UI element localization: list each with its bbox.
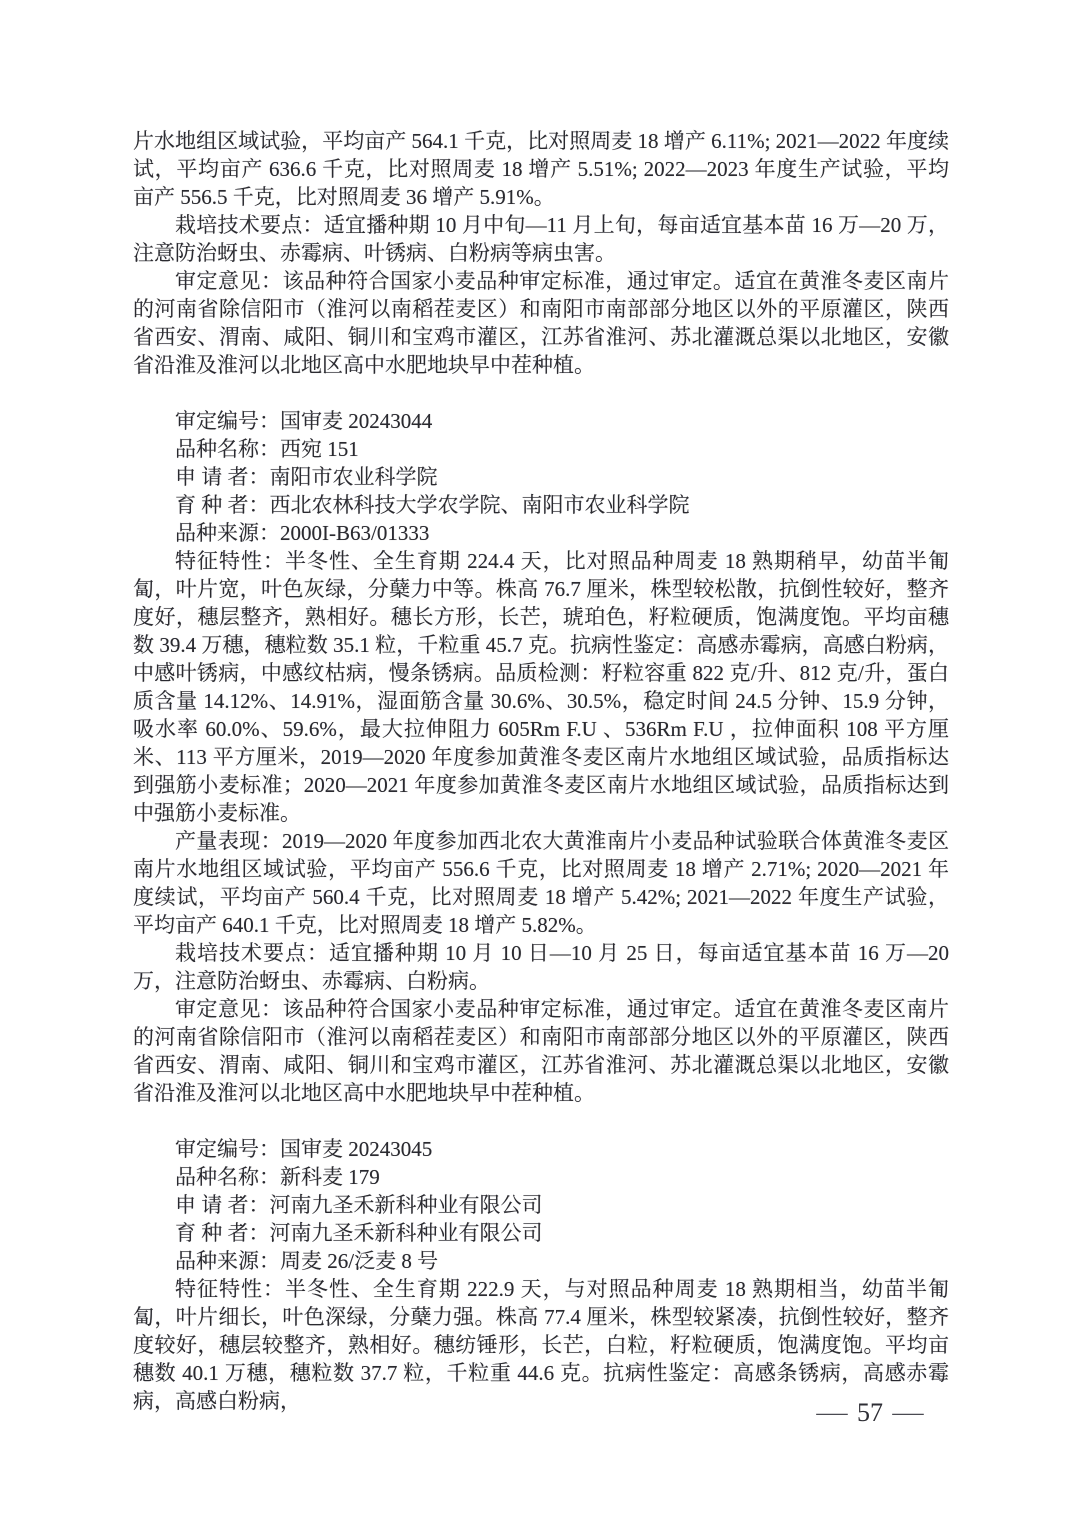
document-page: 片水地组区域试验，平均亩产 564.1 千克，比对照周麦 18 增产 6.11%… [0,0,1080,1527]
line-variety-source-xinkemai179: 品种来源：周麦 26/泛麦 8 号 [133,1247,949,1275]
paragraph-approval-opinion-xiwan151: 审定意见：该品种符合国家小麦品种审定标准，通过审定。适宜在黄淮冬麦区南片的河南省… [133,995,949,1107]
line-applicant-xinkemai179: 申 请 者：河南九圣禾新科种业有限公司 [133,1191,949,1219]
paragraph-cultivation-points-1: 栽培技术要点：适宜播种期 10 月中旬—11 月上旬，每亩适宜基本苗 16 万—… [133,211,949,267]
page-number: — 57 — [820,1398,920,1428]
page-number-value: 57 [857,1398,883,1428]
line-breeder-xiwan151: 育 种 者：西北农林科技大学农学院、南阳市农业科学院 [133,491,949,519]
paragraph-characteristics-xinkemai179: 特征特性：半冬性、全生育期 222.9 天，与对照品种周麦 18 熟期相当，幼苗… [133,1275,949,1415]
page-number-left-dash: — [816,1400,847,1427]
paragraph-approval-opinion-1: 审定意见：该品种符合国家小麦品种审定标准，通过审定。适宜在黄淮冬麦区南片的河南省… [133,267,949,379]
paragraph-yield-continuation: 片水地组区域试验，平均亩产 564.1 千克，比对照周麦 18 增产 6.11%… [133,127,949,211]
line-breeder-xinkemai179: 育 种 者：河南九圣禾新科种业有限公司 [133,1219,949,1247]
line-variety-source-xiwan151: 品种来源：2000I-B63/01333 [133,519,949,547]
document-body: 片水地组区域试验，平均亩产 564.1 千克，比对照周麦 18 增产 6.11%… [133,127,949,1415]
line-variety-name-xinkemai179: 品种名称：新科麦 179 [133,1163,949,1191]
line-approval-number-xinkemai179: 审定编号：国审麦 20243045 [133,1135,949,1163]
paragraph-characteristics-xiwan151: 特征特性：半冬性、全生育期 224.4 天，比对照品种周麦 18 熟期稍早，幼苗… [133,547,949,827]
line-approval-number-xiwan151: 审定编号：国审麦 20243044 [133,407,949,435]
page-number-right-dash: — [892,1400,923,1427]
paragraph-cultivation-points-xiwan151: 栽培技术要点：适宜播种期 10 月 10 日—10 月 25 日，每亩适宜基本苗… [133,939,949,995]
line-applicant-xiwan151: 申 请 者：南阳市农业科学院 [133,463,949,491]
paragraph-yield-performance-xiwan151: 产量表现：2019—2020 年度参加西北农大黄淮南片小麦品种试验联合体黄淮冬麦… [133,827,949,939]
line-variety-name-xiwan151: 品种名称：西宛 151 [133,435,949,463]
